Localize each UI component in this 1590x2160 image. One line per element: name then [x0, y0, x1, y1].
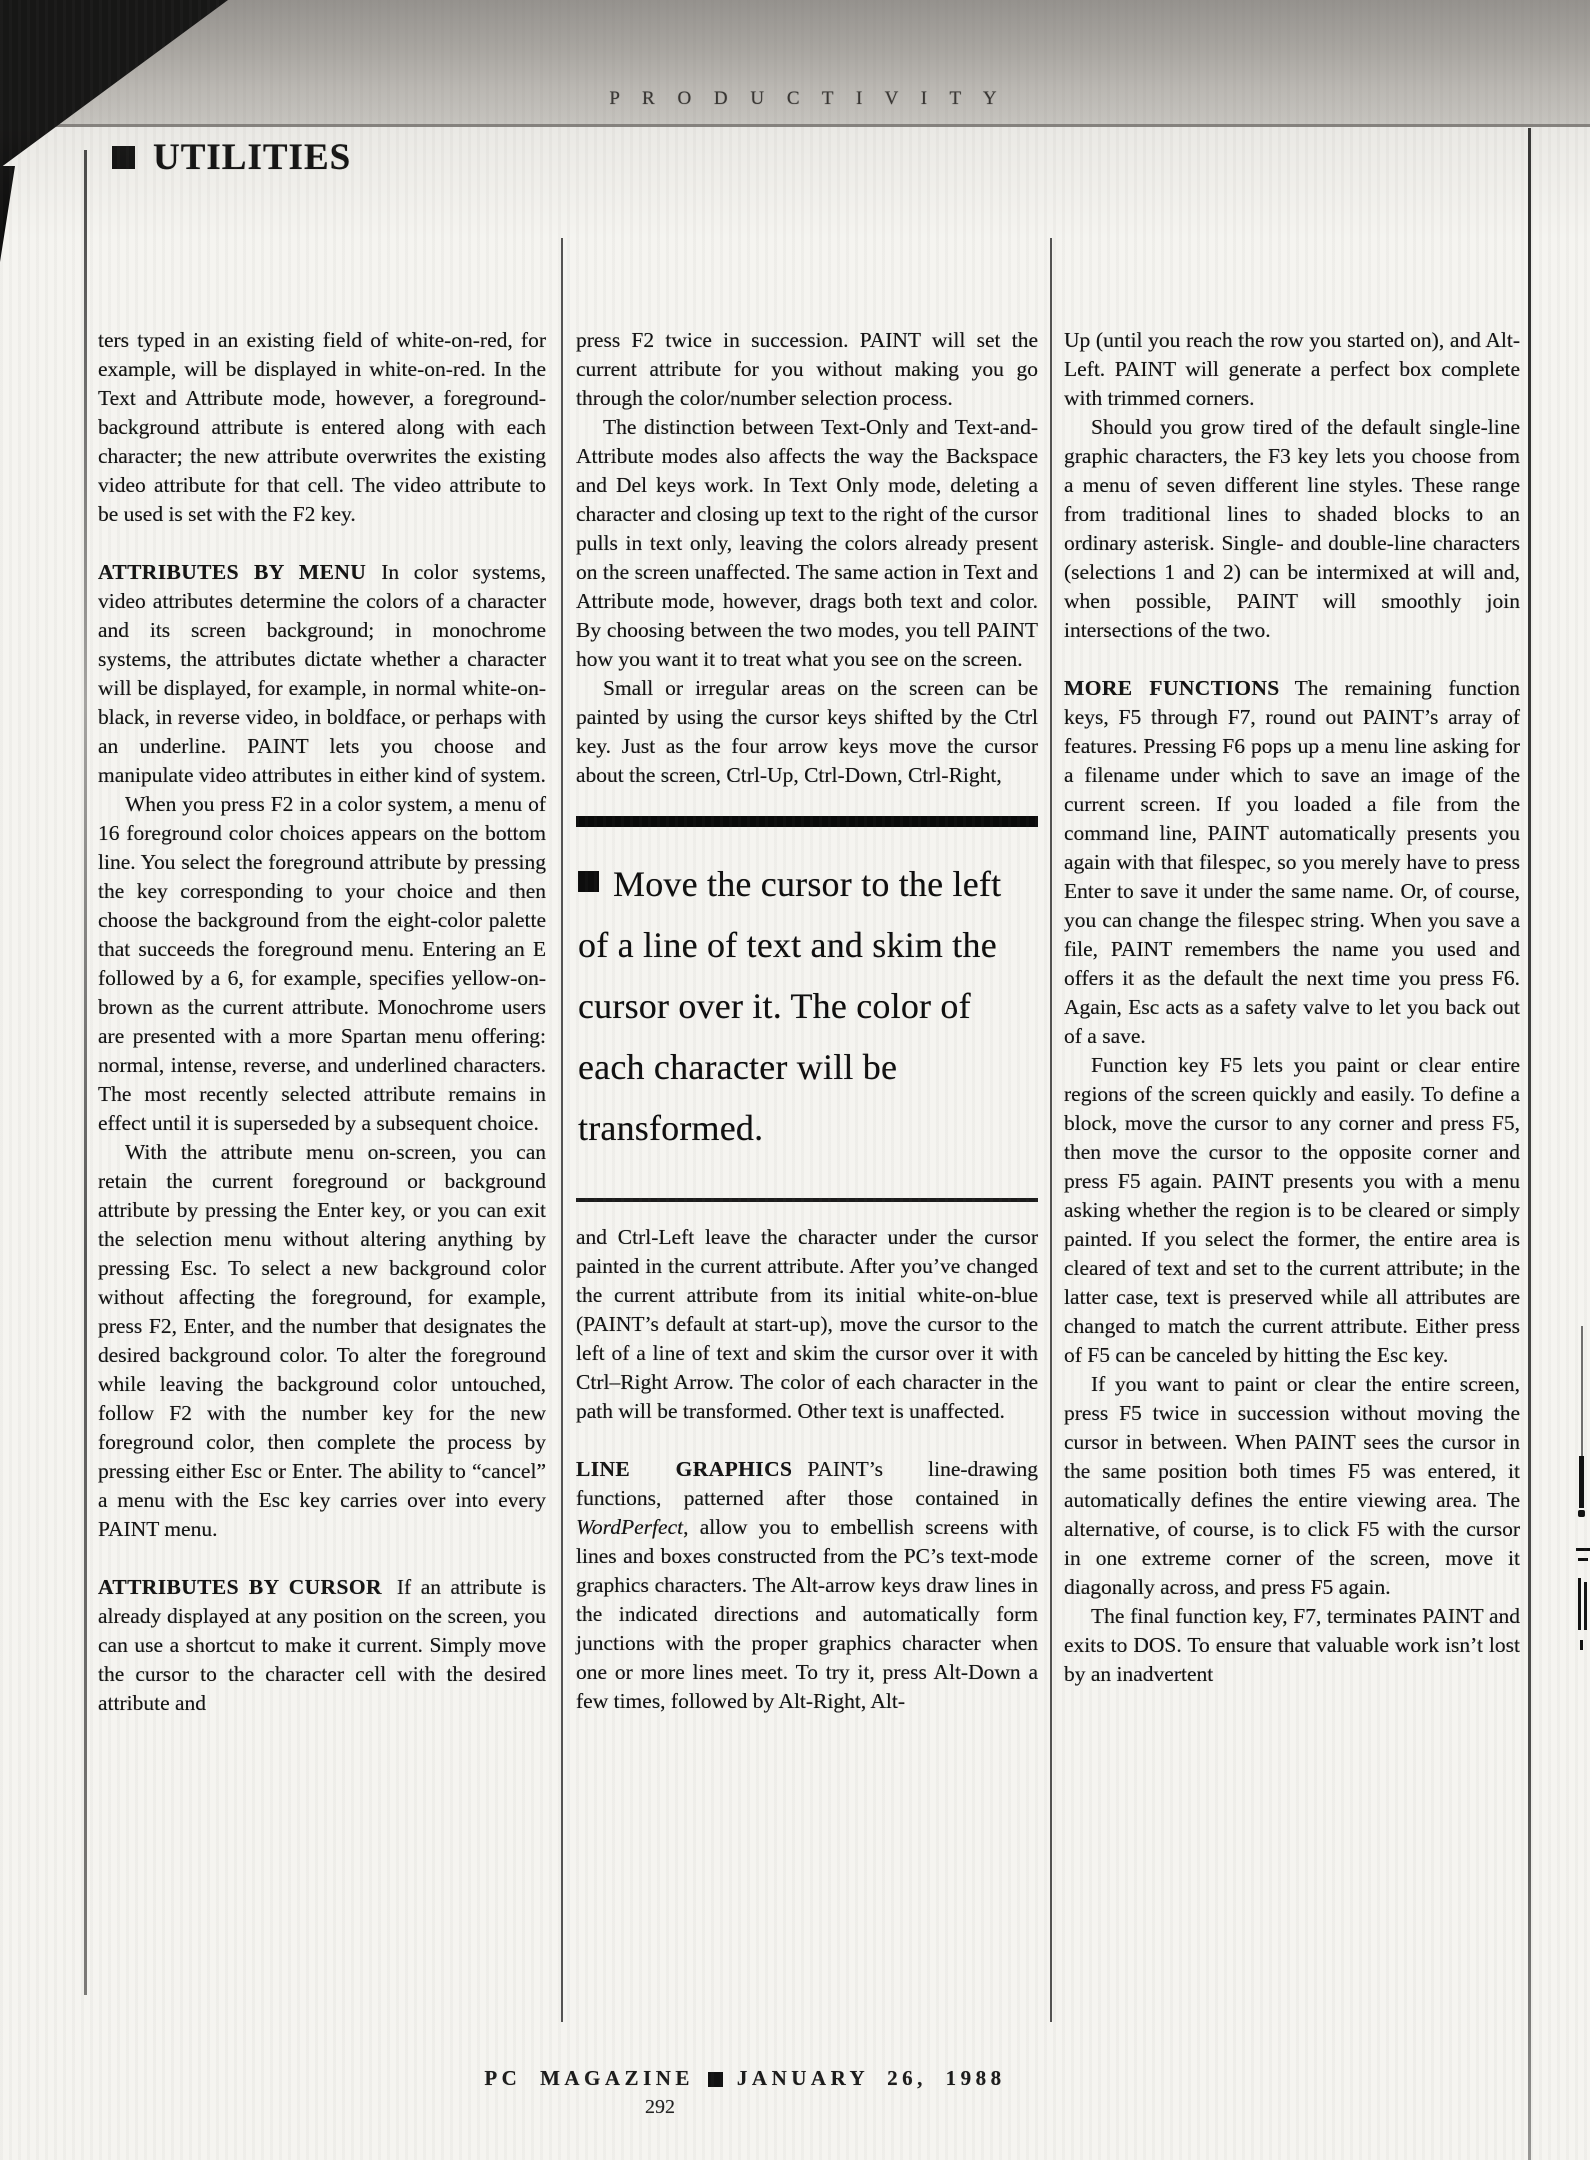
- scan-artifact: [1579, 1456, 1584, 1508]
- run-in-heading: LINE GRAPHICS: [576, 1457, 792, 1481]
- footer-magazine: PC MAGAZINE: [484, 2066, 694, 2090]
- paragraph: When you press F2 in a color system, a m…: [98, 790, 546, 1138]
- paragraph: If you want to paint or clear the entire…: [1064, 1370, 1520, 1602]
- scan-artifact: [1578, 1578, 1581, 1630]
- column-2: press F2 twice in succession. PAINT will…: [576, 326, 1038, 1716]
- pull-quote: Move the cursor to the left of a line of…: [576, 816, 1038, 1202]
- scan-artifact: [1584, 1582, 1587, 1630]
- pull-quote-text: Move the cursor to the left of a line of…: [578, 864, 1001, 1148]
- paragraph: Small or irregular areas on the screen c…: [576, 674, 1038, 790]
- column-divider-2: [1050, 238, 1052, 2022]
- italic-title: WordPerfect: [576, 1515, 683, 1539]
- section-label: UTILITIES: [153, 136, 351, 179]
- scan-artifact: [1580, 1640, 1583, 1650]
- run-in-heading: MORE FUNCTIONS: [1064, 676, 1280, 700]
- scan-artifact: [1578, 1510, 1585, 1517]
- run-in-heading: ATTRIBUTES BY MENU: [98, 560, 366, 584]
- page-edge-rule-right: [1528, 128, 1531, 2160]
- paragraph: LINE GRAPHICSPAINT’s line-drawing functi…: [576, 1455, 1038, 1716]
- square-bullet-icon: [112, 146, 135, 169]
- column-3: Up (until you reach the row you started …: [1064, 326, 1520, 1689]
- magazine-page: P R O D U C T I V I T Y UTILITIES ters t…: [0, 0, 1590, 2160]
- corner-fold-sliver: [0, 166, 15, 262]
- paragraph: Should you grow tired of the default sin…: [1064, 413, 1520, 645]
- paragraph: ATTRIBUTES BY CURSORIf an attribute is a…: [98, 1573, 546, 1718]
- column-divider-1: [561, 238, 563, 2022]
- square-bullet-icon: [708, 2072, 723, 2087]
- paragraph: ters typed in an existing field of white…: [98, 326, 546, 529]
- scan-artifact: [1576, 1548, 1590, 1551]
- page-number: 292: [620, 2096, 700, 2119]
- column-1: ters typed in an existing field of white…: [98, 326, 546, 1718]
- square-bullet-icon: [578, 871, 599, 892]
- paragraph: The final function key, F7, terminates P…: [1064, 1602, 1520, 1689]
- paragraph: With the attribute menu on-screen, you c…: [98, 1138, 546, 1544]
- footer-date: JANUARY 26, 1988: [737, 2066, 1006, 2090]
- paragraph: The distinction between Text-Only and Te…: [576, 413, 1038, 674]
- paragraph: ATTRIBUTES BY MENUIn color systems, vide…: [98, 558, 546, 790]
- paragraph: and Ctrl-Left leave the character under …: [576, 1223, 1038, 1426]
- scan-artifact: [1578, 1558, 1588, 1561]
- scan-artifact: [1581, 1326, 1583, 1456]
- paragraph: Up (until you reach the row you started …: [1064, 326, 1520, 413]
- paragraph: press F2 twice in succession. PAINT will…: [576, 326, 1038, 413]
- footer-line: PC MAGAZINEJANUARY 26, 1988: [95, 2066, 1395, 2091]
- run-in-heading: ATTRIBUTES BY CURSOR: [98, 1575, 382, 1599]
- section-heading: UTILITIES: [112, 136, 351, 179]
- page-edge-rule-left: [84, 150, 87, 1995]
- kicker: P R O D U C T I V I T Y: [95, 88, 1520, 110]
- paragraph: MORE FUNCTIONSThe remaining function key…: [1064, 674, 1520, 1051]
- paragraph: Function key F5 lets you paint or clear …: [1064, 1051, 1520, 1370]
